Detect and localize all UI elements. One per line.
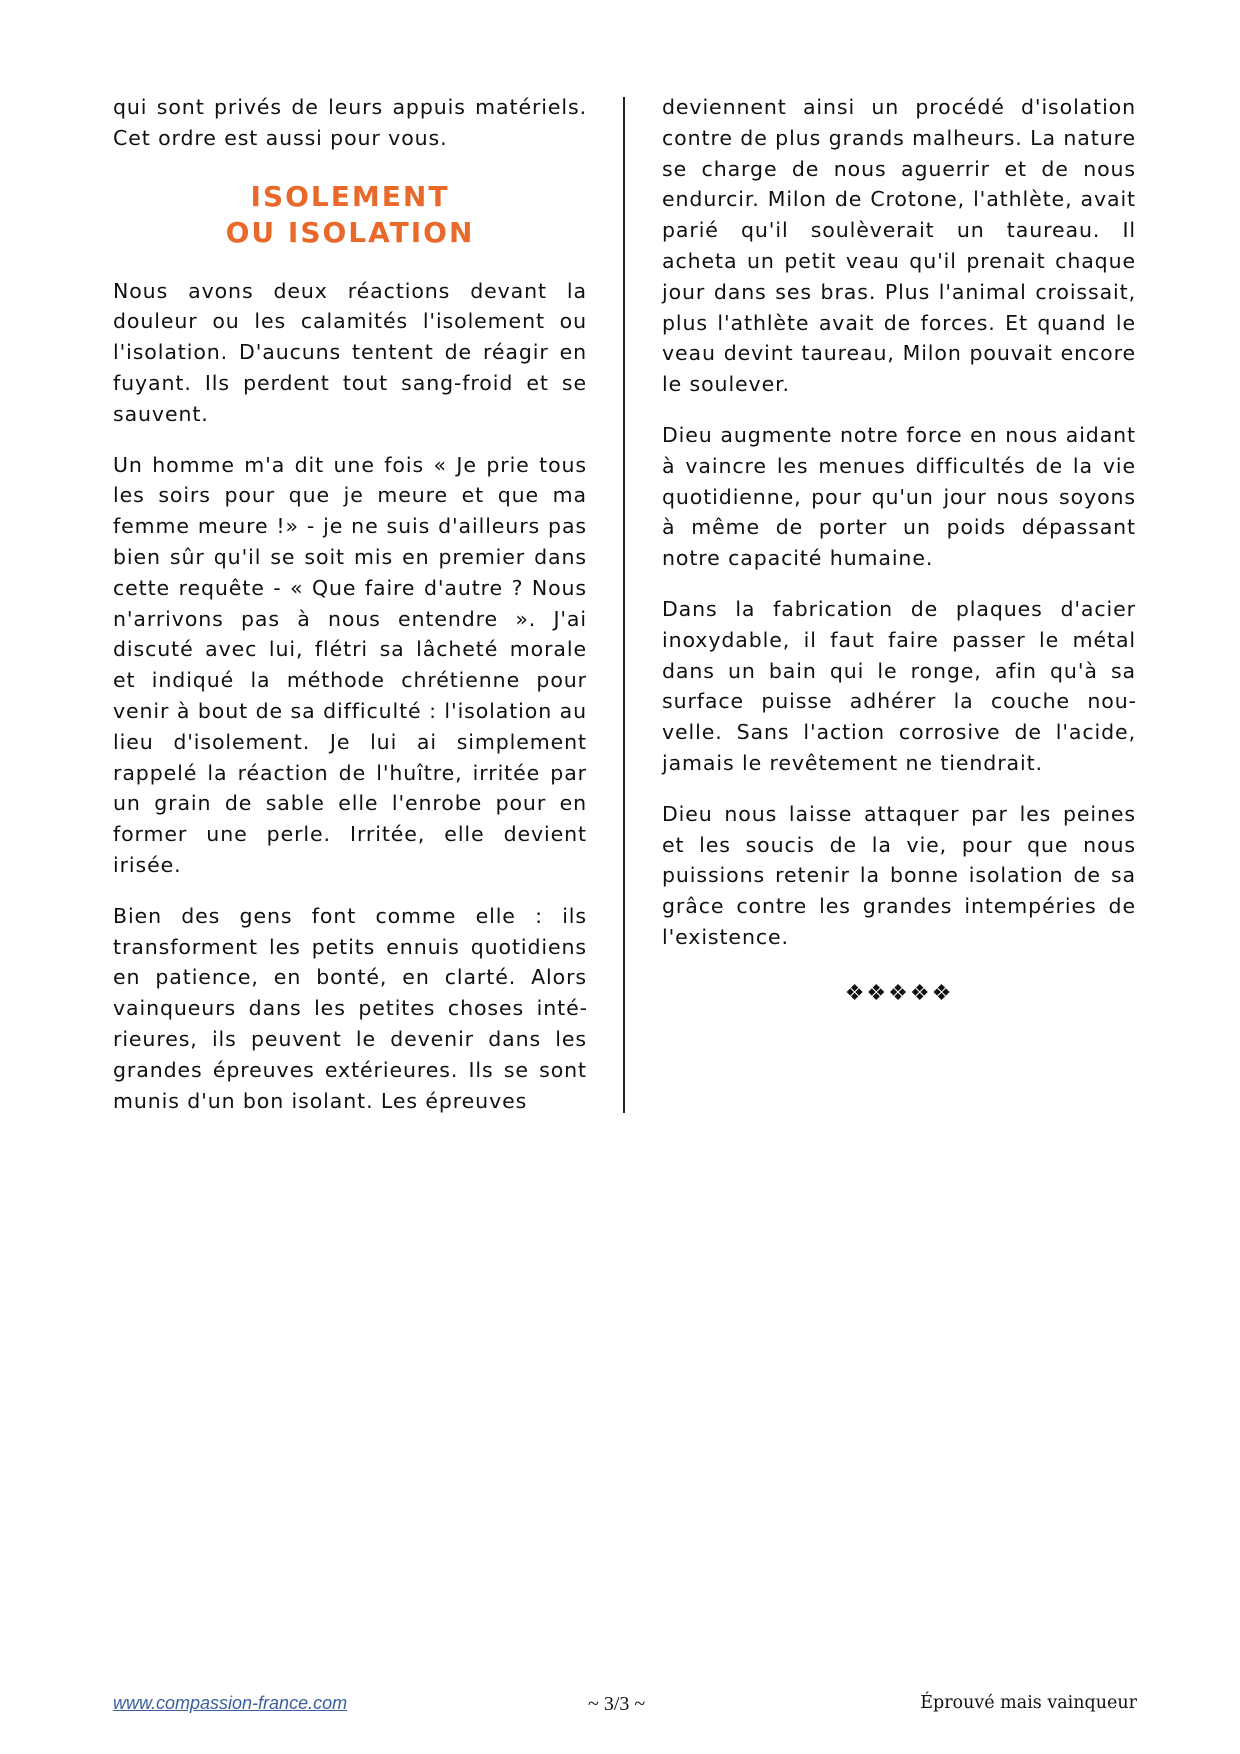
left-column: qui sont privés de leurs appuis matériel… (113, 92, 587, 1136)
right-column: deviennent ainsi un procédé d'isolation … (662, 92, 1136, 1010)
paragraph: Un homme m'a dit une fois « Je prie tous… (113, 450, 587, 881)
intro-paragraph: qui sont privés de leurs appuis matériel… (113, 92, 587, 154)
paragraph: deviennent ainsi un procédé d'isolation … (662, 92, 1136, 400)
diamond-ornament-icon: ❖❖❖❖❖ (662, 979, 1136, 1010)
document-title: Éprouvé mais vainqueur (920, 1693, 1137, 1713)
document-page: qui sont privés de leurs appuis matériel… (0, 0, 1240, 1754)
heading-line-1: ISOLEMENT (113, 179, 587, 215)
heading-line-2: OU ISOLATION (113, 215, 587, 251)
column-divider (623, 97, 625, 1113)
paragraph: Dieu nous laisse attaquer par les peines… (662, 799, 1136, 953)
page-footer: www.compassion-france.com ~ 3/3 ~ Éprouv… (113, 1693, 1137, 1723)
paragraph: Nous avons deux réactions devant la doul… (113, 276, 587, 430)
page-number: ~ 3/3 ~ (588, 1693, 645, 1716)
section-heading: ISOLEMENT OU ISOLATION (113, 179, 587, 251)
website-link[interactable]: www.compassion-france.com (113, 1693, 347, 1714)
paragraph: Bien des gens font comme elle : ils tran… (113, 901, 587, 1117)
paragraph: Dans la fabrication de plaques d'acier i… (662, 594, 1136, 779)
paragraph: Dieu augmente notre force en nous ai­dan… (662, 420, 1136, 574)
